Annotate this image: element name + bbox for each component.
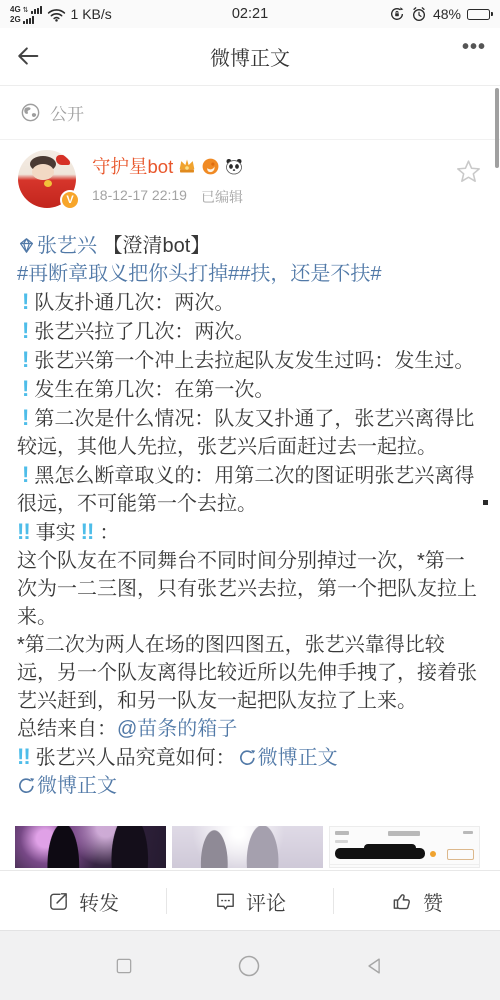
post-image-2[interactable]: [172, 826, 323, 868]
double-exclamation-icon: !!: [81, 519, 94, 544]
topic-link[interactable]: 张艺兴: [37, 235, 97, 257]
comment-button[interactable]: 评论: [167, 887, 333, 916]
thumbnail-emoji: [430, 851, 436, 857]
verified-badge-icon: V: [60, 190, 80, 210]
hashtags-line: #再断章取义把你头打掉##扶，还是不扶#: [17, 260, 483, 288]
comment-icon: [214, 890, 237, 913]
scrollbar[interactable]: [495, 88, 499, 168]
crown-badge-icon: [177, 157, 197, 175]
exclamation-icon: !: [22, 405, 28, 430]
fact-paragraph: 这个队友在不同舞台不同时间分别掉过一次，*第一次为一二三图，只有张艺兴去拉，第一…: [17, 547, 483, 631]
qa-text: 发生在第几次：在第一次。: [34, 379, 274, 401]
battery-percent: 48%: [433, 6, 461, 22]
exclamation-icon: !: [22, 289, 28, 314]
post-image-3[interactable]: [329, 826, 480, 868]
thumbnail-detail: [388, 831, 420, 836]
alarm-icon: [411, 6, 427, 22]
weibo-article-link[interactable]: 微博正文: [17, 775, 117, 797]
post-timestamp: 18-12-17 22:19: [92, 187, 187, 207]
follow-button-thumbnail: [447, 849, 474, 860]
qa-line: !张艺兴拉了几次：两次。: [17, 317, 483, 346]
home-button[interactable]: [237, 954, 261, 978]
weibo-article-link[interactable]: 微博正文: [236, 747, 338, 769]
like-label: 赞: [423, 887, 443, 916]
qa-text: 张艺兴第一个冲上去拉起队友发生过吗：发生过。: [34, 350, 474, 372]
stray-mark: [483, 500, 488, 505]
panda-emoji-icon: [224, 157, 244, 176]
star-icon[interactable]: [455, 158, 482, 185]
battery-icon: [467, 9, 490, 20]
comment-label: 评论: [246, 887, 286, 916]
author-meta: 守护星bot: [92, 150, 244, 208]
hashtag-link[interactable]: #再断章取义把你头打掉##扶，还是不扶#: [17, 263, 382, 285]
nav-bar: 微博正文 •••: [0, 28, 500, 86]
fact-paragraph: *第二次为两人在场的图四图五，张艺兴靠得比较远，另一个队友离得比较近所以先伸手拽…: [17, 631, 483, 715]
qa-line: !队友扑通几次：两次。: [17, 288, 483, 317]
like-button[interactable]: 赞: [334, 887, 500, 916]
post-images: [15, 826, 480, 868]
rotation-lock-icon: [389, 6, 405, 22]
page-title: 微博正文: [0, 42, 500, 71]
visibility-row: 公开: [0, 86, 500, 140]
exclamation-icon: !: [22, 318, 28, 343]
qa-text: 张艺兴拉了几次：两次。: [34, 321, 254, 343]
thumbs-up-icon: [391, 890, 414, 913]
fact-heading: !!事实!!：: [17, 518, 483, 547]
recents-button[interactable]: [114, 956, 134, 976]
question-line: !!张艺兴人品究竟如何：微博正文: [17, 743, 483, 772]
status-right-cluster: 48%: [389, 6, 490, 22]
double-exclamation-icon: !!: [17, 519, 30, 544]
avatar-detail: [32, 164, 54, 180]
avatar-detail: [56, 155, 70, 165]
edited-label: 已编辑: [201, 187, 243, 207]
source-prefix: 总结来自：: [17, 718, 117, 740]
thumbnail-detail: [335, 831, 349, 835]
post-content: 张艺兴 【澄清bot】 #再断章取义把你头打掉##扶，还是不扶# !队友扑通几次…: [0, 232, 500, 800]
double-exclamation-icon: !!: [17, 744, 30, 769]
gem-icon: [17, 236, 36, 255]
repost-icon: [47, 890, 70, 913]
globe-icon: [20, 102, 41, 123]
mention-link[interactable]: @苗条的箱子: [117, 718, 237, 740]
action-bar: 转发 评论 赞: [0, 870, 500, 931]
link-line: 微博正文: [17, 772, 483, 800]
qa-text: 黑怎么断章取义的：用第二次的图证明张艺兴离得很远，不可能第一个去拉。: [17, 465, 474, 515]
more-options-button[interactable]: •••: [462, 36, 486, 59]
fox-emoji-icon: [201, 157, 220, 176]
username[interactable]: 守护星bot: [92, 153, 173, 179]
fact-colon: ：: [99, 522, 119, 544]
topic-line: 张艺兴 【澄清bot】: [17, 232, 483, 260]
thumbnail-detail: [463, 831, 473, 834]
repost-label: 转发: [79, 887, 119, 916]
source-line: 总结来自：@苗条的箱子: [17, 715, 483, 743]
qa-line: !发生在第几次：在第一次。: [17, 375, 483, 404]
avatar[interactable]: V: [18, 150, 76, 208]
exclamation-icon: !: [22, 347, 28, 372]
visibility-label: 公开: [50, 100, 84, 125]
avatar-detail: [44, 180, 52, 187]
weibo-post-screen: 4G ⇅ 2G 1 KB/s 02:21: [0, 0, 500, 1000]
back-button[interactable]: [14, 42, 42, 70]
thumbnail-divider: [330, 864, 479, 865]
qa-text: 第二次是什么情况：队友又扑通了，张艺兴离得比较远，其他人先拉，张艺兴后面赶过去一…: [17, 408, 474, 458]
exclamation-icon: !: [22, 462, 28, 487]
status-bar: 4G ⇅ 2G 1 KB/s 02:21: [0, 0, 500, 28]
question-text: 张艺兴人品究竟如何：: [36, 747, 236, 769]
qa-line: !张艺兴第一个冲上去拉起队友发生过吗：发生过。: [17, 346, 483, 375]
exclamation-icon: !: [22, 376, 28, 401]
qa-line: !黑怎么断章取义的：用第二次的图证明张艺兴离得很远，不可能第一个去拉。: [17, 461, 483, 518]
repost-button[interactable]: 转发: [0, 887, 166, 916]
link-circle-icon: [17, 776, 36, 795]
topic-title: 【澄清bot】: [103, 235, 211, 257]
thumbnail-detail: [335, 840, 348, 843]
post-image-1[interactable]: [15, 826, 166, 868]
fact-label: 事实: [36, 522, 76, 544]
qa-line: !第二次是什么情况：队友又扑通了，张艺兴离得比较远，其他人先拉，张艺兴后面赶过去…: [17, 404, 483, 461]
link-circle-icon: [238, 748, 257, 767]
qa-text: 队友扑通几次：两次。: [34, 292, 234, 314]
back-nav-button[interactable]: [364, 955, 386, 977]
author-row: V 守护星bot: [18, 150, 482, 208]
android-nav-bar: [0, 930, 500, 1000]
redacted-name: [364, 844, 416, 852]
